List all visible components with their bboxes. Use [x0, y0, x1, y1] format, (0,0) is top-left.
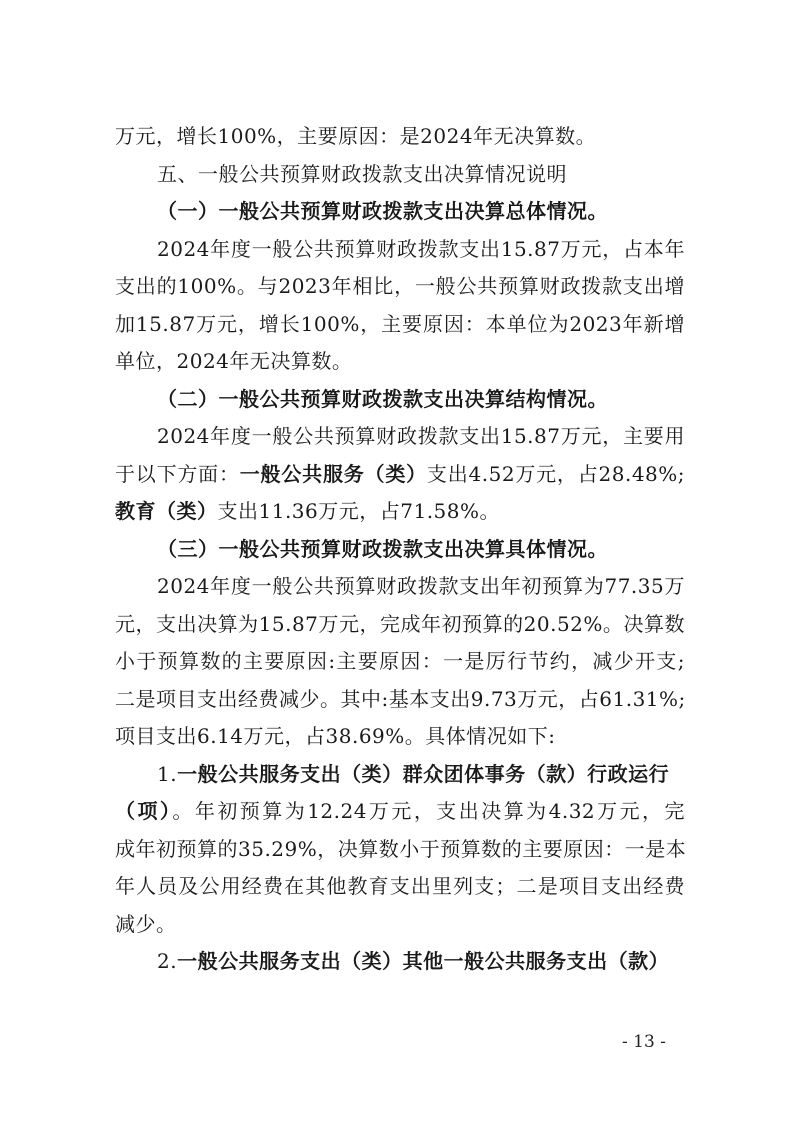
text-segment: 支出4.52万元，占28.48%; [427, 462, 685, 486]
paragraph-line: （项）。年初预算为12.24万元，支出决算为4.32万元，完 [115, 793, 685, 831]
paragraph-line: 小于预算数的主要原因:主要原因：一是厉行节约，减少开支; [115, 643, 685, 681]
subsection-heading: （三）一般公共预算财政拨款支出决算具体情况。 [115, 531, 685, 569]
paragraph-line: 2024年度一般公共预算财政拨款支出年初预算为77.35万 [115, 568, 685, 606]
paragraph-line: 教育（类）支出11.36万元，占71.58%。 [115, 493, 685, 531]
subsection-heading: （二）一般公共预算财政拨款支出决算结构情况。 [115, 381, 685, 419]
item-title: 一般公共服务支出（类）群众团体事务（款）行政运行 [177, 762, 669, 786]
paragraph-line: 2024年度一般公共预算财政拨款支出15.87万元，主要用 [115, 418, 685, 456]
page-number: - 13 - [622, 1032, 666, 1052]
text-segment: 支出11.36万元，占71.58%。 [218, 499, 501, 523]
item-heading: 2.一般公共服务支出（类）其他一般公共服务支出（款） [115, 943, 685, 981]
text-segment: 于以下方面： [115, 462, 240, 486]
document-page: 万元，增长100%，主要原因：是2024年无决算数。 五、一般公共预算财政拨款支… [115, 118, 685, 981]
paragraph-line: 二是项目支出经费减少。其中:基本支出9.73万元，占61.31%; [115, 681, 685, 719]
section-heading: 五、一般公共预算财政拨款支出决算情况说明 [115, 156, 685, 194]
paragraph-line: 减少。 [115, 906, 685, 944]
item-number: 2. [157, 949, 177, 973]
paragraph-line: 支出的100%。与2023年相比，一般公共预算财政拨款支出增 [115, 268, 685, 306]
paragraph-line: 项目支出6.14万元，占38.69%。具体情况如下: [115, 718, 685, 756]
paragraph-line: 2024年度一般公共预算财政拨款支出15.87万元，占本年 [115, 231, 685, 269]
bold-category: 教育（类） [115, 499, 218, 523]
item-title: （项） [115, 799, 172, 823]
bold-category: 一般公共服务（类） [240, 462, 427, 486]
item-heading: 1.一般公共服务支出（类）群众团体事务（款）行政运行 [115, 756, 685, 794]
paragraph-line: 单位，2024年无决算数。 [115, 343, 685, 381]
paragraph-line: 于以下方面：一般公共服务（类）支出4.52万元，占28.48%; [115, 456, 685, 494]
text-segment: 。年初预算为12.24万元，支出决算为4.32万元，完 [172, 799, 685, 823]
item-title: 一般公共服务支出（类）其他一般公共服务支出（款） [177, 949, 669, 973]
paragraph-line: 年人员及公用经费在其他教育支出里列支；二是项目支出经费 [115, 868, 685, 906]
subsection-heading: （一）一般公共预算财政拨款支出决算总体情况。 [115, 193, 685, 231]
paragraph-line: 加15.87万元，增长100%，主要原因：本单位为2023年新增 [115, 306, 685, 344]
item-number: 1. [157, 762, 177, 786]
paragraph-line: 成年初预算的35.29%，决算数小于预算数的主要原因：一是本 [115, 831, 685, 869]
paragraph-line: 元，支出决算为15.87万元，完成年初预算的20.52%。决算数 [115, 606, 685, 644]
paragraph-line: 万元，增长100%，主要原因：是2024年无决算数。 [115, 118, 685, 156]
